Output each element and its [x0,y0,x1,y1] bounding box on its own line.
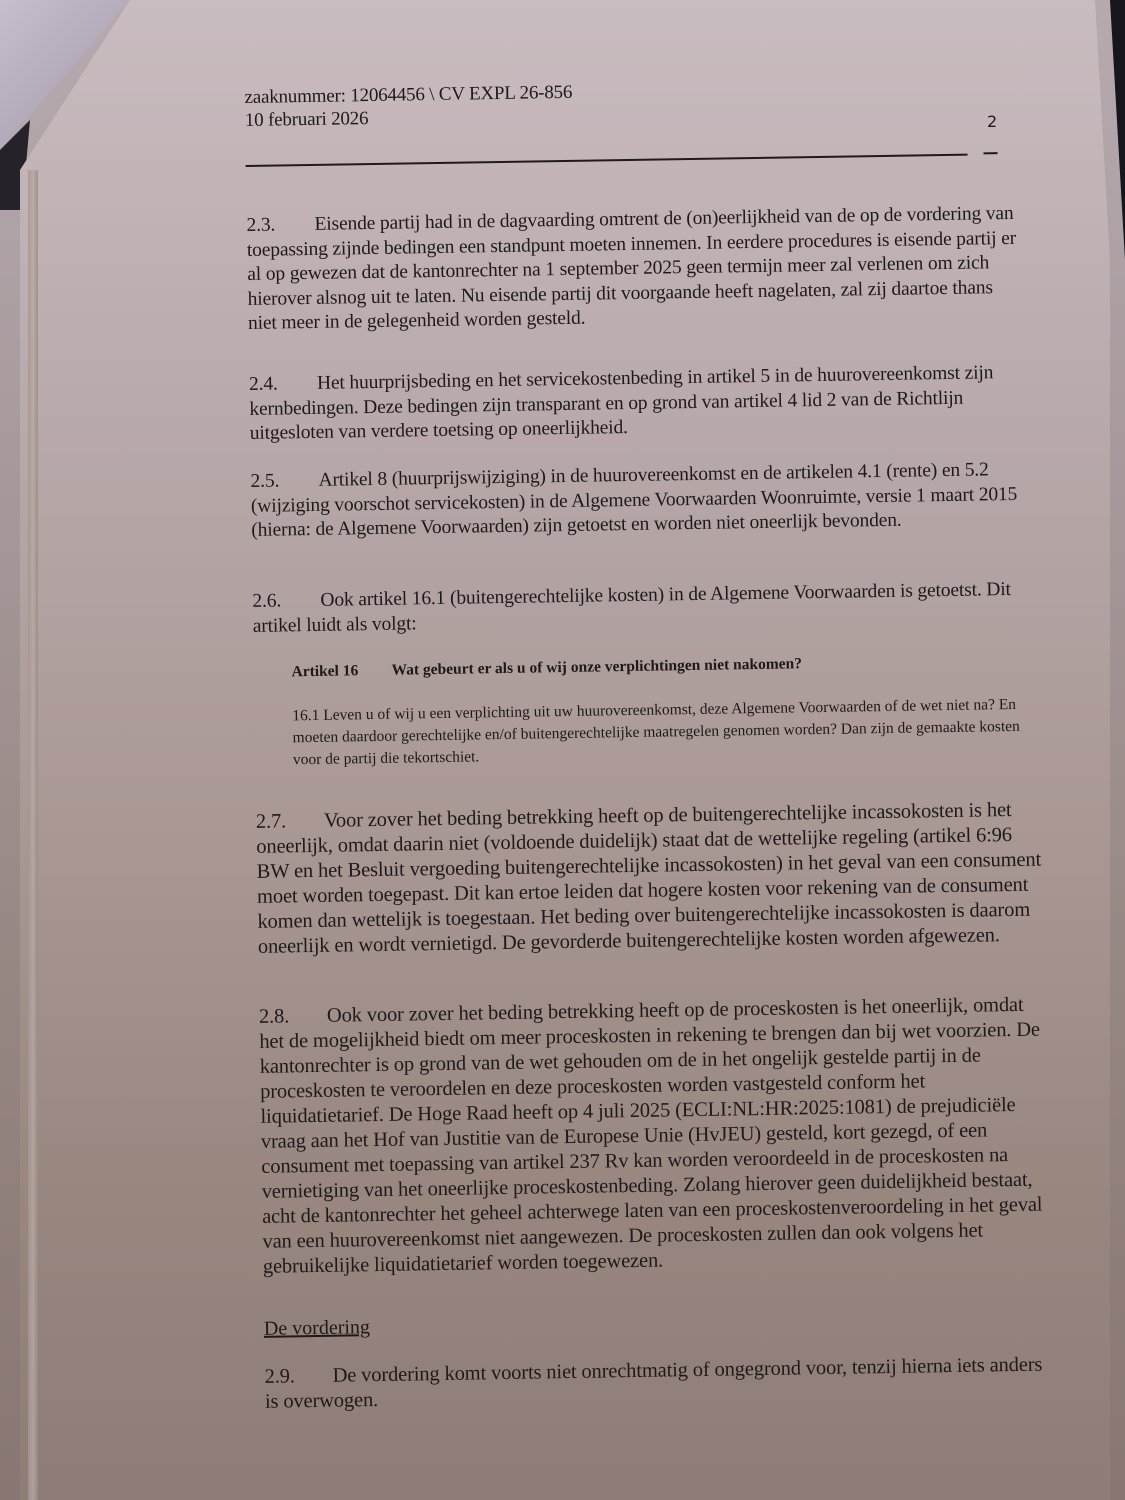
paragraph-2-5: 2.5.Artikel 8 (huurprijswijziging) in de… [250,458,1021,544]
paragraph-text: Eisende partij had in de dagvaarding omt… [247,203,1016,334]
paragraph-number: 2.4. [249,372,317,398]
quoted-article-number: Artikel 16 [291,660,391,684]
paragraph-text: Het huurprijsbeding en het servicekosten… [249,362,993,444]
paragraph-2-3: 2.3.Eisende partij had in de dagvaarding… [246,202,1018,337]
paragraph-number: 2.3. [246,213,314,239]
section-heading: De vordering [264,1316,370,1341]
document-header: zaaknummer: 12064456 \ CV EXPL 26-856 10… [244,81,572,132]
paragraph-text: De vordering komt voorts niet onrechtmat… [265,1354,1043,1413]
header-dash [983,152,997,154]
quoted-article-heading: Wat gebeurt er als u of wij onze verplic… [391,655,802,678]
page-number: 2 [987,112,997,131]
paragraph-number: 2.5. [250,469,318,495]
paragraph-text: Artikel 8 (huurprijswijziging) in de huu… [251,459,1018,541]
paragraph-2-8: 2.8.Ook voor zover het beding betrekking… [259,992,1053,1279]
paragraph-number: 2.9. [264,1364,332,1390]
paragraph-2-4: 2.4.Het huurprijsbeding en het serviceko… [249,361,1020,447]
paragraph-text: Ook voor zover het beding betrekking hee… [259,994,1042,1278]
paragraph-2-7: 2.7.Voor zover het beding betrekking hee… [256,797,1048,959]
quoted-article: Artikel 16Wat gebeurt er als u of wij on… [291,650,1033,772]
paragraph-number: 2.6. [252,589,320,615]
paragraph-text: Ook artikel 16.1 (buitengerechtelijke ko… [253,579,1011,636]
paragraph-text: Voor zover het beding betrekking heeft o… [256,799,1041,958]
page-edge [28,170,38,1500]
paragraph-number: 2.8. [259,1004,327,1030]
paragraph-number: 2.7. [256,809,324,835]
quoted-article-body: 16.1 Leven u of wij u een verplichting u… [292,694,1033,772]
